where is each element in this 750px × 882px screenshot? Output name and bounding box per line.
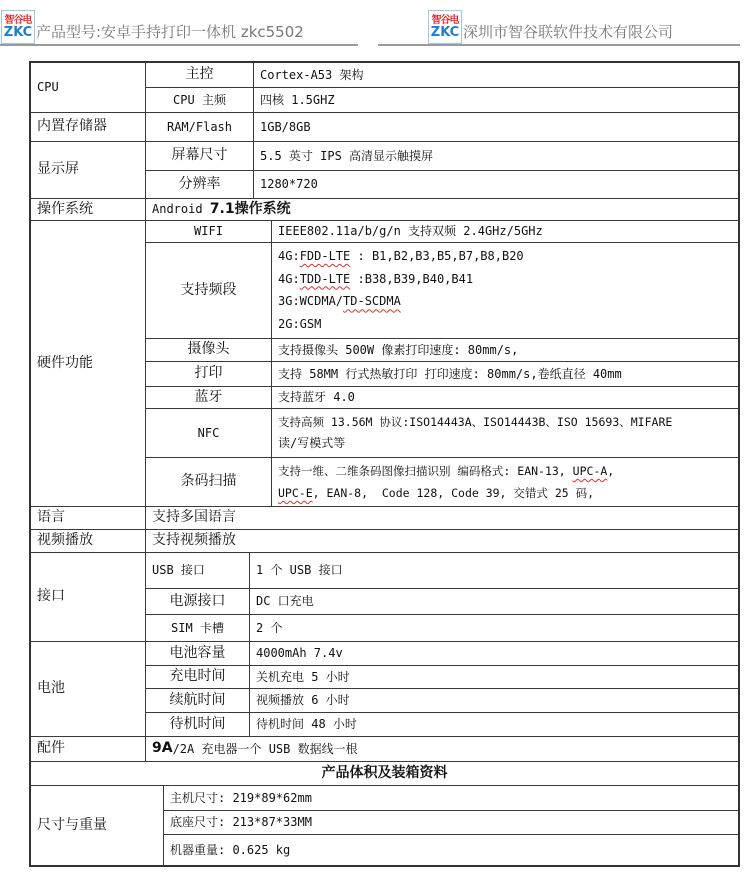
value-base-size: 底座尺寸: 213*87*33MM (163, 810, 739, 835)
spec-table: CPU 主控 Cortex-A53 架构 CPU 主频 四核 1.5GHZ 内置… (0, 0, 750, 882)
sub-label-bands: 支持频段 (145, 242, 272, 339)
value-usb: 1 个 USB 接口 (249, 552, 739, 589)
row-label-battery: 电池 (30, 641, 146, 737)
value-barcode: 支持一维、二维条码图像扫描识别 编码格式: EAN-13, UPC-A, UPC… (271, 457, 739, 507)
sub-label-standby: 待机时间 (145, 712, 250, 737)
row-label-dimensions: 尺寸与重量 (30, 785, 164, 867)
sub-label-nfc: NFC (145, 408, 272, 458)
value-endurance: 视频播放 6 小时 (249, 688, 739, 713)
sub-label-screen-size: 屏幕尺寸 (145, 141, 254, 171)
row-label-storage: 内置存储器 (30, 112, 146, 142)
sub-label-battery-capacity: 电池容量 (145, 641, 250, 666)
value-wifi: IEEE802.11a/b/g/n 支持双频 2.4GHz/5GHz (271, 220, 739, 243)
value-nfc: 支持高频 13.56M 协议:ISO14443A、ISO14443B、ISO 1… (271, 408, 739, 458)
band-line-2g: 2G:GSM (278, 317, 321, 332)
value-main-controller: Cortex-A53 架构 (253, 62, 739, 88)
sub-label-main-controller: 主控 (145, 62, 254, 88)
row-label-display: 显示屏 (30, 141, 146, 199)
value-camera: 支持摄像头 500W 像素打印速度: 80mm/s, (271, 338, 739, 362)
value-language: 支持多国语言 (145, 506, 739, 530)
value-bluetooth: 支持蓝牙 4.0 (271, 386, 739, 409)
value-ram-flash: 1GB/8GB (253, 112, 739, 142)
section-title-dimensions-packing: 产品体积及装箱资料 (30, 761, 739, 786)
sub-label-power-port: 电源接口 (145, 588, 250, 615)
value-standby: 待机时间 48 小时 (249, 712, 739, 737)
sub-label-bluetooth: 蓝牙 (145, 386, 272, 409)
band-line-tdd: 4G:TDD-LTE :B38,B39,B40,B41 (278, 272, 473, 287)
sub-label-sim: SIM 卡槽 (145, 614, 250, 642)
row-label-video: 视频播放 (30, 529, 146, 553)
value-accessories: 9A/2A 充电器一个 USB 数据线一根 (145, 736, 739, 762)
row-label-os: 操作系统 (30, 198, 146, 221)
band-line-3g: 3G:WCDMA/TD-SCDMA (278, 294, 401, 309)
sub-label-camera: 摄像头 (145, 338, 272, 362)
sub-label-usb: USB 接口 (145, 552, 250, 589)
sub-label-ram-flash: RAM/Flash (145, 112, 254, 142)
value-video: 支持视频播放 (145, 529, 739, 553)
sub-label-charge-time: 充电时间 (145, 665, 250, 689)
row-label-language: 语言 (30, 506, 146, 530)
value-charge-time: 关机充电 5 小时 (249, 665, 739, 689)
value-os: Android 7.1操作系统 (145, 198, 739, 221)
sub-label-resolution: 分辨率 (145, 170, 254, 199)
sub-label-wifi: WIFI (145, 220, 272, 243)
value-bands: 4G:FDD-LTE : B1,B2,B3,B5,B7,B8,B20 4G:TD… (271, 242, 739, 339)
row-label-cpu: CPU (30, 62, 146, 113)
value-battery-capacity: 4000mAh 7.4v (249, 641, 739, 666)
sub-label-print: 打印 (145, 361, 272, 387)
value-print: 支持 58MM 行式热敏打印 打印速度: 80mm/s,卷纸直径 40mm (271, 361, 739, 387)
value-cpu-freq: 四核 1.5GHZ (253, 87, 739, 113)
value-power-port: DC 口充电 (249, 588, 739, 615)
value-host-size: 主机尺寸: 219*89*62mm (163, 785, 739, 811)
sub-label-endurance: 续航时间 (145, 688, 250, 713)
row-label-hardware: 硬件功能 (30, 220, 146, 507)
row-label-accessories: 配件 (30, 736, 146, 762)
sub-label-cpu-freq: CPU 主频 (145, 87, 254, 113)
value-weight: 机器重量: 0.625 kg (163, 834, 739, 867)
value-screen-size: 5.5 英寸 IPS 高清显示触摸屏 (253, 141, 739, 171)
row-label-ports: 接口 (30, 552, 146, 642)
sub-label-barcode: 条码扫描 (145, 457, 272, 507)
value-resolution: 1280*720 (253, 170, 739, 199)
band-line-fdd: 4G:FDD-LTE : B1,B2,B3,B5,B7,B8,B20 (278, 249, 524, 264)
value-sim: 2 个 (249, 614, 739, 642)
